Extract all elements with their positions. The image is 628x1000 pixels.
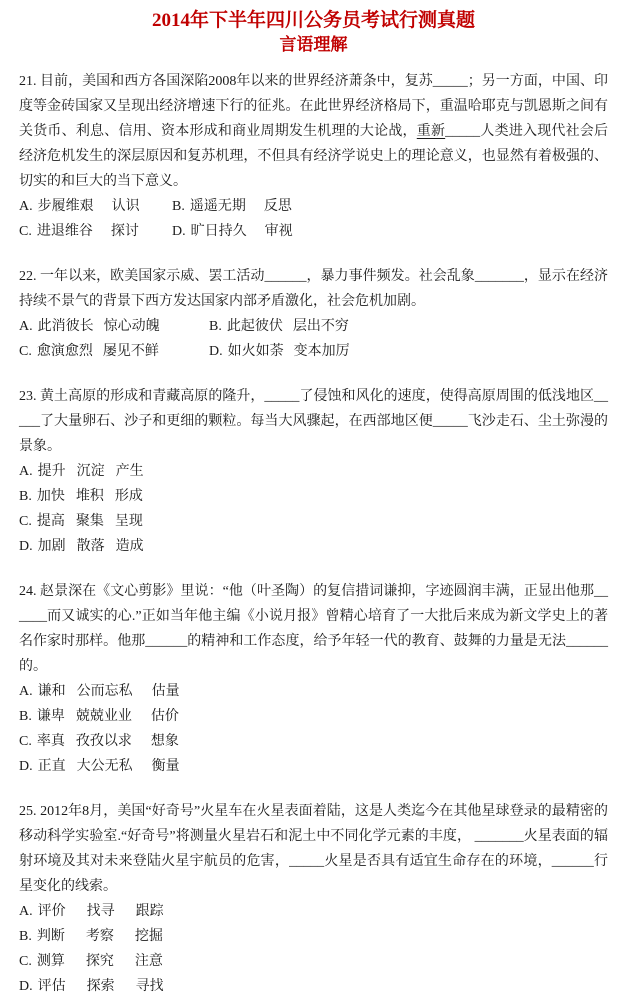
option-word: 大公无私 [77, 759, 133, 774]
option-B: B.此起彼伏层出不穷 [209, 314, 349, 339]
option-A: A.步履维艰认识 [19, 194, 172, 219]
option-word: 估价 [151, 709, 179, 724]
option-label: C. [19, 734, 32, 749]
option-word: 产生 [116, 464, 144, 479]
option-word: 探究 [86, 954, 114, 969]
question-24: 24. 赵景深在《文心剪影》里说：“他（叶圣陶）的复信措词谦抑，字迹圆润丰满，正… [19, 579, 608, 779]
option-word: 跟踪 [136, 904, 164, 919]
option-word: 测算 [37, 954, 65, 969]
option-A: A.评价找寻跟踪 [19, 899, 164, 924]
question-22: 22. 一年以来，欧美国家示威、罢工活动______，暴力事件频发。社会乱象__… [19, 264, 608, 364]
option-D: D.加剧散落造成 [19, 534, 144, 559]
option-word: 谦和 [38, 684, 66, 699]
option-D: D.评估探索寻找 [19, 974, 164, 999]
option-word: 正直 [38, 759, 66, 774]
question-text: 21. 目前，美国和西方各国深陷2008年以来的世界经济萧条中，复苏_____；… [19, 69, 608, 194]
option-word: 审视 [265, 224, 293, 239]
option-row: C.测算探究注意 [19, 949, 608, 974]
exam-title: 2014年下半年四川公务员考试行测真题 [19, 6, 608, 33]
option-word: 呈现 [115, 514, 143, 529]
option-word: 想象 [151, 734, 179, 749]
option-label: B. [19, 489, 32, 504]
option-word: 认识 [112, 199, 140, 214]
option-A: A.提升沉淀产生 [19, 459, 144, 484]
option-label: D. [19, 759, 33, 774]
option-D: D.旷日持久审视 [172, 219, 293, 244]
question-25: 25. 2012年8月，美国“好奇号”火星车在火星表面着陆，这是人类迄今在其他星… [19, 799, 608, 999]
option-row: D.加剧散落造成 [19, 534, 608, 559]
option-row: A.此消彼长惊心动魄B.此起彼伏层出不穷 [19, 314, 608, 339]
option-label: D. [19, 979, 33, 994]
option-B: B.加快堆积形成 [19, 484, 143, 509]
question-text: 23. 黄土高原的形成和青藏高原的隆升，_____了侵蚀和风化的速度，使得高原周… [19, 384, 608, 459]
option-row: C.提高聚集呈现 [19, 509, 608, 534]
option-word: 进退维谷 [37, 224, 93, 239]
option-label: A. [19, 904, 33, 919]
exam-page: 2014年下半年四川公务员考试行测真题 言语理解 21. 目前，美国和西方各国深… [0, 0, 628, 1000]
option-word: 造成 [116, 539, 144, 554]
option-label: C. [19, 954, 32, 969]
option-word: 屡见不鲜 [103, 344, 159, 359]
option-A: A.此消彼长惊心动魄 [19, 314, 209, 339]
option-label: C. [19, 224, 32, 239]
option-row: A.评价找寻跟踪 [19, 899, 608, 924]
option-label: B. [19, 709, 32, 724]
option-row: D.正直大公无私衡量 [19, 754, 608, 779]
option-word: 衡量 [152, 759, 180, 774]
option-row: C.率真孜孜以求想象 [19, 729, 608, 754]
option-word: 注意 [135, 954, 163, 969]
option-word: 探索 [87, 979, 115, 994]
option-label: D. [19, 539, 33, 554]
option-label: B. [19, 929, 32, 944]
option-word: 旷日持久 [191, 224, 247, 239]
text-segment: 22. 一年以来，欧美国家示威、罢工活动______，暴力事件频发。社会乱象__… [19, 269, 608, 309]
question-23: 23. 黄土高原的形成和青藏高原的隆升，_____了侵蚀和风化的速度，使得高原周… [19, 384, 608, 559]
option-row: C.愈演愈烈屡见不鲜D.如火如荼变本加厉 [19, 339, 608, 364]
option-word: 考察 [86, 929, 114, 944]
option-word: 堆积 [76, 489, 104, 504]
option-label: C. [19, 344, 32, 359]
option-word: 形成 [115, 489, 143, 504]
option-word: 加剧 [38, 539, 66, 554]
question-text: 25. 2012年8月，美国“好奇号”火星车在火星表面着陆，这是人类迄今在其他星… [19, 799, 608, 899]
option-row: A.谦和公而忘私估量 [19, 679, 608, 704]
option-word: 挖掘 [135, 929, 163, 944]
text-segment: 24. 赵景深在《文心剪影》里说：“他（叶圣陶）的复信措词谦抑，字迹圆润丰满，正… [19, 584, 608, 674]
option-word: 公而忘私 [77, 684, 133, 699]
section-title: 言语理解 [19, 33, 608, 56]
option-word: 探讨 [111, 224, 139, 239]
option-row: A.提升沉淀产生 [19, 459, 608, 484]
question-text: 24. 赵景深在《文心剪影》里说：“他（叶圣陶）的复信措词谦抑，字迹圆润丰满，正… [19, 579, 608, 679]
option-row: C.进退维谷探讨D.旷日持久审视 [19, 219, 608, 244]
option-label: A. [19, 199, 33, 214]
option-word: 步履维艰 [38, 199, 94, 214]
option-word: 兢兢业业 [76, 709, 132, 724]
option-word: 提高 [37, 514, 65, 529]
option-word: 散落 [77, 539, 105, 554]
underlined-phrase: 重新 [417, 124, 445, 139]
option-word: 加快 [37, 489, 65, 504]
option-word: 如火如荼 [228, 344, 284, 359]
option-word: 变本加厉 [294, 344, 350, 359]
option-label: B. [209, 319, 222, 334]
option-B: B.遥遥无期反思 [172, 194, 292, 219]
option-D: D.正直大公无私衡量 [19, 754, 180, 779]
option-label: A. [19, 464, 33, 479]
option-word: 估量 [152, 684, 180, 699]
option-row: B.加快堆积形成 [19, 484, 608, 509]
option-C: C.提高聚集呈现 [19, 509, 143, 534]
option-word: 评估 [38, 979, 66, 994]
option-word: 谦卑 [37, 709, 65, 724]
option-label: A. [19, 319, 33, 334]
option-row: A.步履维艰认识B.遥遥无期反思 [19, 194, 608, 219]
text-segment: 23. 黄土高原的形成和青藏高原的隆升，_____了侵蚀和风化的速度，使得高原周… [19, 389, 608, 454]
question-text: 22. 一年以来，欧美国家示威、罢工活动______，暴力事件频发。社会乱象__… [19, 264, 608, 314]
option-label: B. [172, 199, 185, 214]
option-row: D.评估探索寻找 [19, 974, 608, 999]
option-row: B.谦卑兢兢业业估价 [19, 704, 608, 729]
option-C: C.率真孜孜以求想象 [19, 729, 179, 754]
option-B: B.判断考察挖掘 [19, 924, 163, 949]
option-word: 层出不穷 [293, 319, 349, 334]
text-segment: 25. 2012年8月，美国“好奇号”火星车在火星表面着陆，这是人类迄今在其他星… [19, 804, 608, 894]
option-label: A. [19, 684, 33, 699]
option-row: B.判断考察挖掘 [19, 924, 608, 949]
option-word: 判断 [37, 929, 65, 944]
option-C: C.进退维谷探讨 [19, 219, 172, 244]
option-word: 愈演愈烈 [37, 344, 93, 359]
option-D: D.如火如荼变本加厉 [209, 339, 350, 364]
option-word: 找寻 [87, 904, 115, 919]
option-label: D. [209, 344, 223, 359]
option-B: B.谦卑兢兢业业估价 [19, 704, 179, 729]
option-label: D. [172, 224, 186, 239]
option-word: 遥遥无期 [190, 199, 246, 214]
option-word: 评价 [38, 904, 66, 919]
option-word: 寻找 [136, 979, 164, 994]
option-word: 提升 [38, 464, 66, 479]
question-list: 21. 目前，美国和西方各国深陷2008年以来的世界经济萧条中，复苏_____；… [19, 69, 608, 999]
option-word: 孜孜以求 [76, 734, 132, 749]
option-word: 此消彼长 [38, 319, 94, 334]
option-word: 反思 [264, 199, 292, 214]
option-C: C.愈演愈烈屡见不鲜 [19, 339, 209, 364]
option-word: 率真 [37, 734, 65, 749]
option-A: A.谦和公而忘私估量 [19, 679, 180, 704]
question-21: 21. 目前，美国和西方各国深陷2008年以来的世界经济萧条中，复苏_____；… [19, 69, 608, 244]
option-word: 惊心动魄 [104, 319, 160, 334]
option-label: C. [19, 514, 32, 529]
option-word: 聚集 [76, 514, 104, 529]
option-word: 沉淀 [77, 464, 105, 479]
option-word: 此起彼伏 [227, 319, 283, 334]
option-C: C.测算探究注意 [19, 949, 163, 974]
